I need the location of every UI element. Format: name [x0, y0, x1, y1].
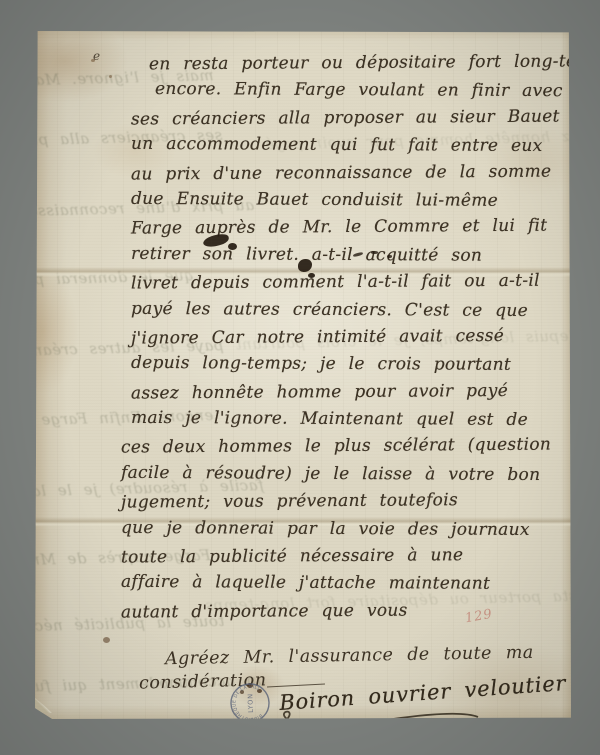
stain-spot	[91, 59, 95, 62]
letter-line: en resta porteur ou dépositaire fort lon…	[131, 51, 567, 81]
letter-line: depuis long-temps; je le crois pourtant	[131, 353, 567, 383]
letter-line: mais je l'ignore. Maintenant quel est de	[131, 408, 567, 438]
signature-flourish	[273, 707, 483, 719]
letter-line: Farge auprès de Mr. le Commre et lui fit	[131, 216, 567, 246]
ink-speck	[387, 255, 392, 258]
letter-line: j'ignore Car notre intimité avait cessé	[131, 325, 567, 355]
ink-blot	[308, 273, 315, 278]
stamp-ring-text: BIBLIOTHÈQUE DE LA VILLE	[227, 684, 263, 719]
letter-line: ses créanciers alla proposer au sieur Ba…	[131, 106, 567, 136]
letter-body: en resta porteur ou dépositaire fort lon…	[131, 53, 567, 628]
letter-line: retirer son livret. a-t-il acquitté son	[131, 244, 567, 274]
letter-line: jugement; vous prévenant toutefois	[121, 490, 567, 521]
letter-line: que je donnerai par la voie des journaux	[121, 517, 567, 547]
stamp-center-text: LYON	[246, 693, 255, 713]
photo-background: mais je l'ignore. Maintenant quel est de…	[0, 0, 600, 755]
closing-salutation: Agréez Mr. l'assurance de toute ma	[165, 643, 534, 669]
ink-speck	[371, 251, 378, 254]
letter-line: affaire à laquelle j'attache maintenant	[121, 572, 567, 602]
stain-spot	[103, 637, 110, 643]
letter-line: facile à résoudre) je le laisse à votre …	[121, 463, 567, 493]
letter-line: due Ensuite Bauet conduisit lui-même	[131, 189, 567, 219]
letter-line: autant d'importance que vous	[121, 599, 567, 630]
letter-line: assez honnête homme pour avoir payé	[131, 380, 567, 410]
letter-line: livret depuis comment l'a-t-il fait ou a…	[131, 271, 567, 301]
ink-blot	[228, 243, 237, 250]
letter-line: un accommodement qui fut fait entre eux	[131, 134, 567, 164]
library-stamp: BIBLIOTHÈQUE DE LA VILLE LYON	[227, 680, 273, 719]
letter-line: toute la publicité nécessaire à une	[121, 544, 567, 575]
letter-line: payé les autres créanciers. C'est ce que	[131, 298, 567, 328]
letter-line: encore. Enfin Farge voulant en finir ave…	[131, 79, 567, 109]
paper-sheet: mais je l'ignore. Maintenant quel est de…	[35, 31, 571, 719]
closing-dash	[267, 683, 325, 687]
svg-text:BIBLIOTHÈQUE DE LA VILLE: BIBLIOTHÈQUE DE LA VILLE	[227, 684, 263, 719]
stain-spot	[109, 75, 112, 78]
letter-line: au prix d'une reconnaissance de la somme	[131, 161, 567, 191]
letter-line: ces deux hommes le plus scélérat (questi…	[121, 435, 567, 466]
dog-ear-fold	[35, 698, 53, 713]
